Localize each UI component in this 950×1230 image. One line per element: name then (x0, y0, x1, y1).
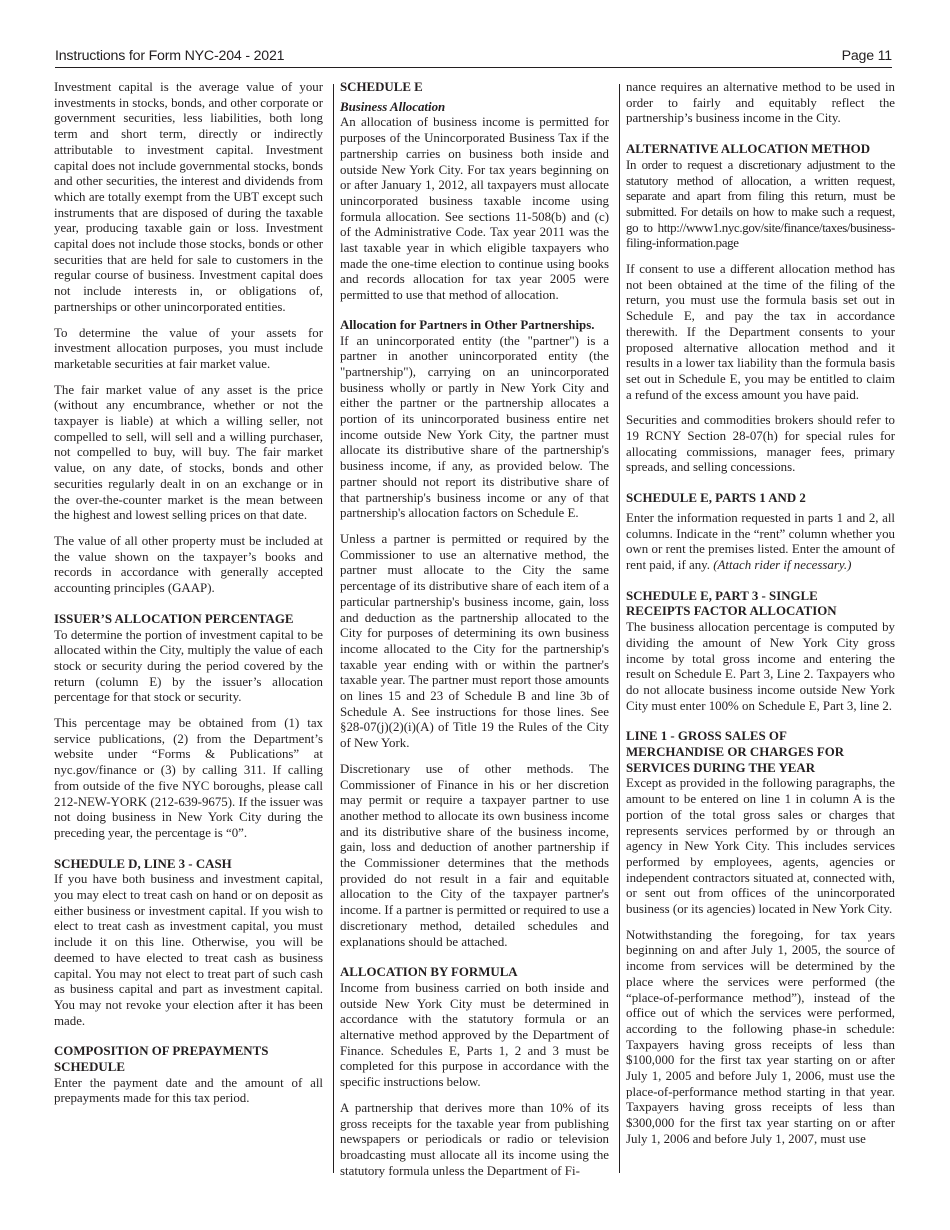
document-title: Instructions for Form NYC-204 - 2021 (55, 48, 284, 64)
discretionary-methods-paragraph: Discretionary use of other methods. The … (340, 762, 609, 950)
issuer-allocation-paragraph: To determine the portion of investment c… (54, 628, 323, 707)
part-3-heading-line-2: RECEIPTS FACTOR ALLOCATION (626, 604, 895, 620)
column-2: SCHEDULE E Business Allocation An alloca… (340, 80, 609, 1189)
line-1-heading-line-2: MERCHANDISE OR CHARGES FOR (626, 745, 895, 761)
allocation-by-formula-heading: ALLOCATION BY FORMULA (340, 965, 609, 981)
publishing-partnership-paragraph: A partnership that derives more than 10%… (340, 1101, 609, 1180)
consent-paragraph: If consent to use a different allocation… (626, 262, 895, 403)
brokers-paragraph: Securities and commodities brokers shoul… (626, 413, 895, 476)
line-1-heading-line-1: LINE 1 - GROSS SALES OF (626, 729, 895, 745)
line-1-heading-line-3: SERVICES DURING THE YEAR (626, 761, 895, 777)
business-allocation-subheading: Business Allocation (340, 100, 609, 116)
issuer-percentage-source-paragraph: This percentage may be obtained from (1)… (54, 716, 323, 842)
line-1-gross-sales-paragraph: Except as provided in the following para… (626, 776, 895, 917)
schedule-e-parts-1-2-paragraph: Enter the information requested in parts… (626, 511, 895, 574)
part-3-heading-line-1: SCHEDULE E, PART 3 - SINGLE (626, 589, 895, 605)
issuer-allocation-heading: ISSUER’S ALLOCATION PERCENTAGE (54, 612, 323, 628)
partners-allocation-paragraph: If an unincorporated entity (the "partne… (340, 334, 609, 522)
line-1-gross-sales-heading: LINE 1 - GROSS SALES OF MERCHANDISE OR C… (626, 729, 895, 776)
prepayments-paragraph: Enter the payment date and the amount of… (54, 1076, 323, 1107)
schedule-d-cash-paragraph: If you have both business and investment… (54, 872, 323, 1029)
alternative-allocation-heading: ALTERNATIVE ALLOCATION METHOD (626, 142, 895, 158)
business-allocation-paragraph: An allocation of business income is perm… (340, 115, 609, 303)
schedule-e-heading: SCHEDULE E (340, 80, 609, 96)
column-1: Investment capital is the average value … (54, 80, 323, 1117)
prepayments-heading: COMPOSITION OF PREPAYMENTS SCHEDULE (54, 1044, 323, 1075)
header-rule (55, 67, 892, 68)
partners-allocation-heading: Allocation for Partners in Other Partner… (340, 318, 609, 334)
place-of-performance-paragraph: Notwithstanding the foregoing, for tax y… (626, 928, 895, 1148)
column-divider (333, 84, 334, 1173)
asset-value-paragraph: To determine the value of your assets fo… (54, 326, 323, 373)
schedule-d-cash-heading: SCHEDULE D, LINE 3 - CASH (54, 857, 323, 873)
page-header: Instructions for Form NYC-204 - 2021 Pag… (55, 48, 892, 66)
allocation-by-formula-paragraph: Income from business carried on both ins… (340, 981, 609, 1091)
fair-market-value-paragraph: The fair market value of any asset is th… (54, 383, 323, 524)
investment-capital-paragraph: Investment capital is the average value … (54, 80, 323, 316)
column-3: nance requires an alternative method to … (626, 80, 895, 1148)
column-divider (619, 84, 620, 1173)
schedule-e-parts-1-2-heading: SCHEDULE E, PARTS 1 AND 2 (626, 491, 895, 507)
schedule-e-part-3-paragraph: The business allocation percentage is co… (626, 620, 895, 714)
page-number: Page 11 (842, 48, 892, 64)
alternative-allocation-request-paragraph: In order to request a discretionary adju… (626, 158, 895, 252)
attach-rider-note: (Attach rider if necessary.) (713, 558, 851, 572)
schedule-e-part-3-heading: SCHEDULE E, PART 3 - SINGLE RECEIPTS FAC… (626, 589, 895, 620)
unless-partner-paragraph: Unless a partner is permitted or require… (340, 532, 609, 752)
continued-paragraph: nance requires an alternative method to … (626, 80, 895, 127)
other-property-paragraph: The value of all other property must be … (54, 534, 323, 597)
